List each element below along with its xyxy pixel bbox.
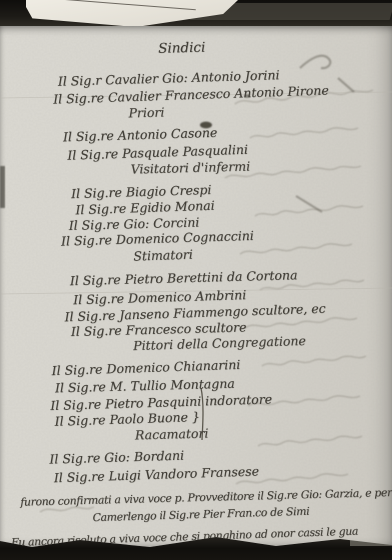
manuscript-line: Il Sig.re Gio: Bordani xyxy=(49,448,184,467)
page-crease-line xyxy=(36,0,196,10)
page-heading: Sindici xyxy=(158,41,205,58)
manuscript-line: Il Sig.re Antonio Casone xyxy=(63,125,218,145)
manuscript-line: Il Sig.re Domenico Chianarini xyxy=(51,356,240,378)
manuscript-page: SindiciIl Sig.r Cavalier Gio: Antonio Jo… xyxy=(0,26,392,550)
office-label: Stimatori xyxy=(133,246,193,263)
office-label: Racamatori xyxy=(134,425,208,442)
manuscript-line: Il Sig.re Pietro Berettini da Cortona xyxy=(70,267,298,288)
office-label: Priori xyxy=(128,104,164,120)
office-label: Visitatori d'infermi xyxy=(130,159,250,178)
scanned-manuscript: SindiciIl Sig.r Cavalier Gio: Antonio Jo… xyxy=(0,0,392,560)
manuscript-line: Il Sig.re Luigi Vandoro Fransese xyxy=(54,463,260,485)
manuscript-text: SindiciIl Sig.r Cavalier Gio: Antonio Jo… xyxy=(0,27,392,548)
